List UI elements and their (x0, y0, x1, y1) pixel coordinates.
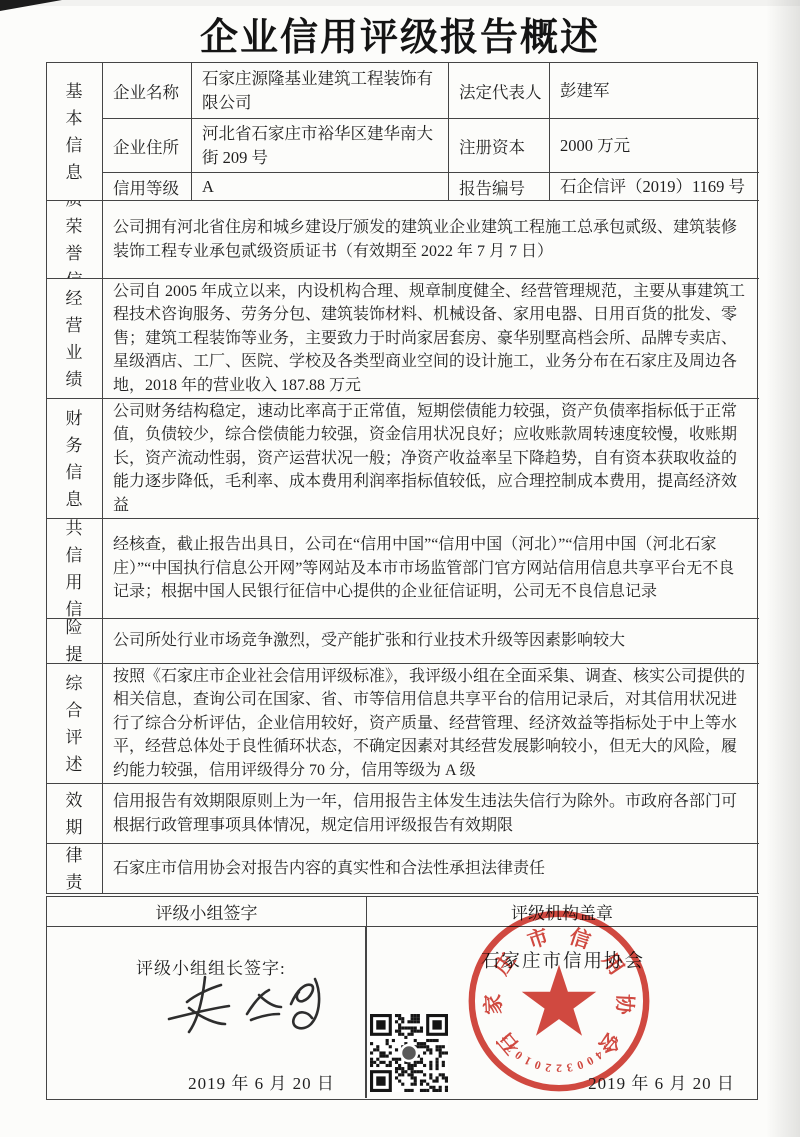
section-text: 公司自 2005 年成立以来，内设机构合理、规章制度健全、经营管理规范，主要从事… (113, 280, 749, 398)
section-content-financial-info: 公司财务结构稳定，速动比率高于正常值，短期偿债能力较强，资产负债率指标低于正常值… (103, 399, 759, 519)
page-title: 企业信用评级报告概述 (0, 6, 800, 61)
value-report-number: 石企信评（2019）1169 号 (550, 173, 759, 201)
section-text: 公司所处行业市场竞争激烈，受产能扩张和行业技术升级等因素影响较大 (113, 629, 625, 653)
svg-text:信: 信 (566, 924, 594, 953)
date-left: 2019 年 6 月 20 日 (159, 1069, 364, 1094)
section-content-qualification-honor: 公司拥有河北省住房和城乡建设厅颁发的建筑业企业建筑工程施工总承包贰级、建筑装修装… (103, 201, 759, 279)
svg-text:协: 协 (612, 993, 637, 1016)
value-company-address: 河北省石家庄市裕华区建华南大街 209 号 (192, 119, 449, 173)
value-registered-capital: 2000 万元 (550, 119, 759, 173)
section-content-business-performance: 公司自 2005 年成立以来，内设机构合理、规章制度健全、经营管理规范，主要从事… (103, 279, 759, 399)
section-label-comprehensive-review: 综合评述 (47, 664, 103, 784)
field-label-company-name: 企业名称 (103, 63, 192, 119)
section-content-public-credit: 经核查，截止报告出具日，公司在“信用中国”“信用中国（河北）”“信用中国（河北石… (103, 519, 759, 619)
leader-signature-handwriting (159, 972, 339, 1048)
section-content-legal-liability: 石家庄市信用协会对报告内容的真实性和合法性承担法律责任 (103, 844, 759, 894)
section-label-financial-info: 财务信息 (47, 399, 103, 519)
svg-text:2: 2 (544, 1060, 552, 1074)
section-label-qualification-honor: 资质荣誉信息 (47, 201, 103, 279)
section-label-risk-notice: 风险提示 (47, 619, 103, 664)
seal-star-icon (522, 965, 596, 1036)
svg-text:用: 用 (598, 949, 629, 979)
section-text: 经核查，截止报告出具日，公司在“信用中国”“信用中国（河北）”“信用中国（河北石… (113, 533, 749, 604)
scanned-report-page: 企业信用评级报告概述 基本信息 企业名称 石家庄源隆基业建筑工程装饰有限公司 法… (0, 0, 800, 1137)
signature-body: 评级小组组长签字: 2019 年 6 月 20 日 石家庄市信用协会 (47, 927, 757, 1098)
field-label-report-number: 报告编号 (449, 173, 550, 201)
field-label-company-address: 企业住所 (103, 119, 192, 173)
section-text: 按照《石家庄市企业社会信用评级标准》，我评级小组在全面采集、调查、核实公司提供的… (113, 665, 749, 783)
column-divider (365, 927, 367, 1098)
report-table: 基本信息 企业名称 石家庄源隆基业建筑工程装饰有限公司 法定代表人 彭建军 企业… (46, 62, 758, 894)
section-content-validity-period: 信用报告有效期限原则上为一年，信用报告主体发生违法失信行为除外。市政府各部门可根… (103, 784, 759, 844)
section-text: 公司拥有河北省住房和城乡建设厅颁发的建筑业企业建筑工程施工总承包贰级、建筑装修装… (113, 216, 749, 263)
section-label-validity-period: 有效期限 (47, 784, 103, 844)
qr-code (370, 1014, 448, 1092)
section-text: 公司财务结构稳定，速动比率高于正常值，短期偿债能力较强，资产负债率指标低于正常值… (113, 400, 749, 518)
scan-artifact-edge (766, 0, 800, 1137)
section-text: 信用报告有效期限原则上为一年，信用报告主体发生违法失信行为除外。市政府各部门可根… (113, 790, 749, 837)
value-legal-representative: 彭建军 (550, 63, 759, 119)
section-content-comprehensive-review: 按照《石家庄市企业社会信用评级标准》，我评级小组在全面采集、调查、核实公司提供的… (103, 664, 759, 784)
field-label-registered-capital: 注册资本 (449, 119, 550, 173)
svg-text:家: 家 (481, 993, 506, 1015)
svg-text:0: 0 (584, 1053, 595, 1067)
section-label-business-performance: 经营业绩 (47, 279, 103, 399)
svg-text:1: 1 (522, 1053, 533, 1067)
date-right: 2019 年 6 月 20 日 (559, 1069, 764, 1094)
section-text: 石家庄市信用协会对报告内容的真实性和合法性承担法律责任 (113, 857, 545, 881)
svg-text:市: 市 (524, 924, 552, 953)
field-label-credit-grade: 信用等级 (103, 173, 192, 201)
value-company-name: 石家庄源隆基业建筑工程装饰有限公司 (192, 63, 449, 119)
section-label-public-credit: 公共信用信息 (47, 519, 103, 619)
field-label-legal-representative: 法定代表人 (449, 63, 550, 119)
sign-header-team: 评级小组签字 (47, 897, 367, 926)
value-credit-grade: A (192, 173, 449, 201)
section-label-legal-liability: 法律责任 (47, 844, 103, 894)
section-label-basic-info: 基本信息 (47, 63, 103, 201)
svg-text:庄: 庄 (489, 948, 521, 979)
section-content-risk-notice: 公司所处行业市场竞争激烈，受产能扩张和行业技术升级等因素影响较大 (103, 619, 759, 664)
signature-section: 评级小组签字 评级机构盖章 评级小组组长签字: 2019 年 (46, 896, 758, 1100)
svg-text:0: 0 (533, 1058, 543, 1072)
